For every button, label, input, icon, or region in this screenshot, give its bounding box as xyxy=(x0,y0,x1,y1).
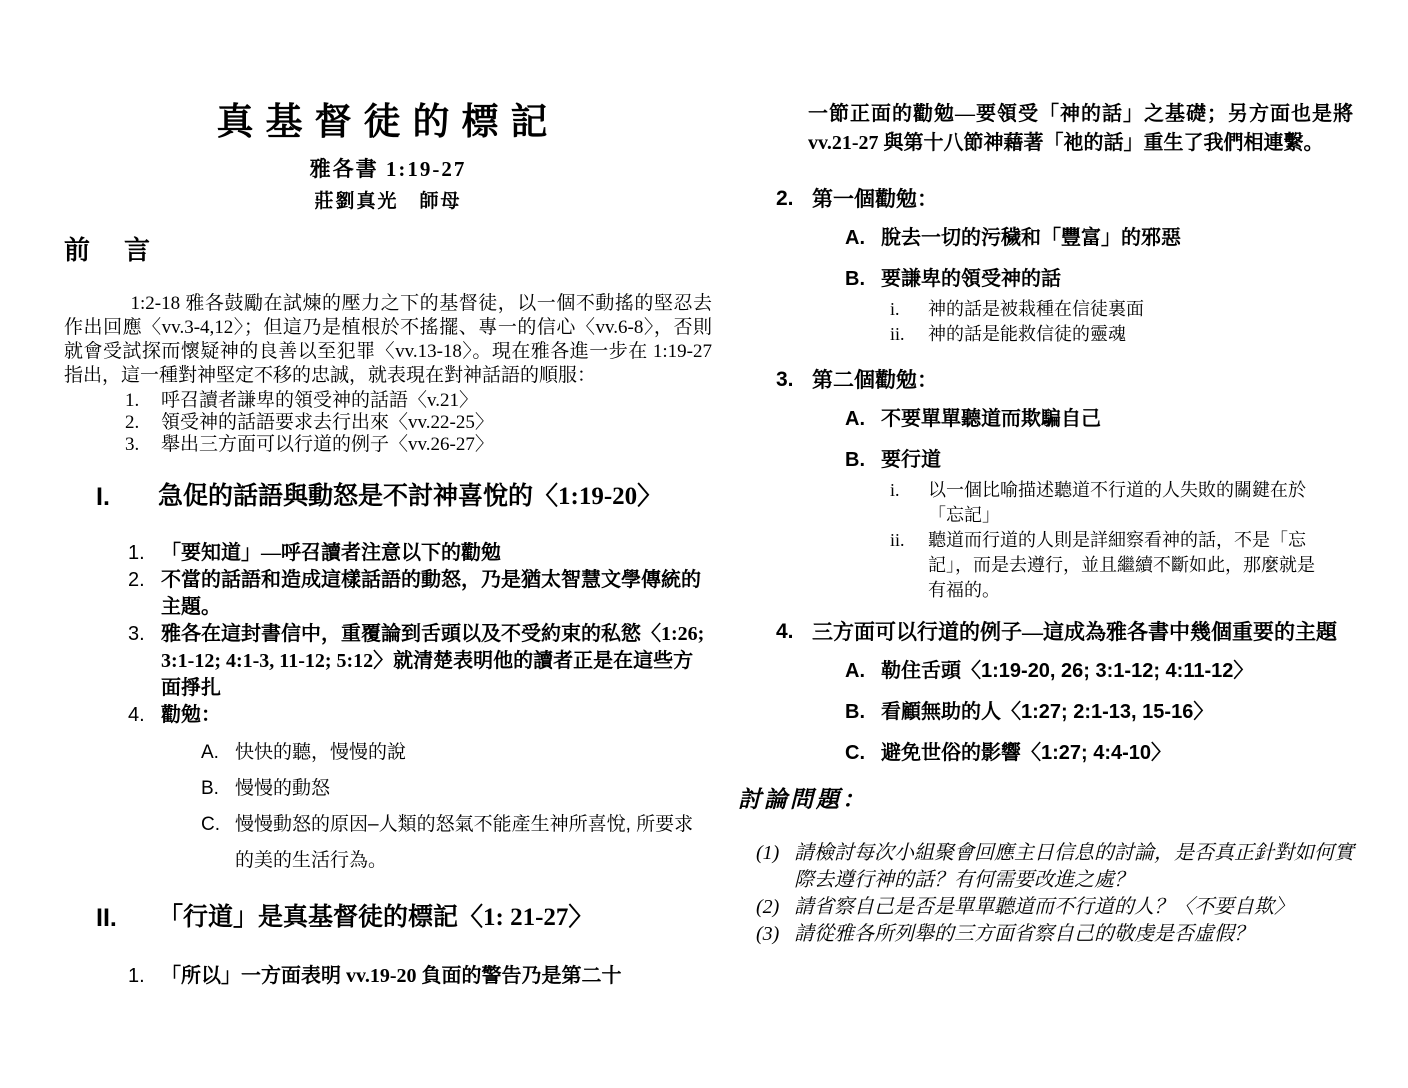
subsubitem-label: ii. xyxy=(890,322,928,347)
right-item-4-sub-a: A. 勒住舌頭〈1:19-20, 26; 3:1-12; 4:11-12〉 xyxy=(738,656,1362,686)
subitem-text: 勒住舌頭〈1:19-20, 26; 3:1-12; 4:11-12〉 xyxy=(881,656,1362,686)
list-number: 1. xyxy=(125,390,161,412)
doc-author: 莊劉真光 師母 xyxy=(64,190,712,214)
item-number: 3. xyxy=(776,365,812,395)
question-text: 請省察自己是否是單單聽道而不行道的人？〈不要自欺〉 xyxy=(794,894,1362,921)
subitem-label: B. xyxy=(845,697,881,727)
subitem-text: 看顧無助的人〈1:27; 2:1-13, 15-16〉 xyxy=(881,697,1362,727)
section-1-item: 1. 「要知道」—呼召讀者注意以下的勸勉 xyxy=(64,540,712,567)
subitem-label: A. xyxy=(201,735,235,771)
right-item-2-heading: 2. 第一個勸勉： xyxy=(738,184,1362,214)
subsubitem-label: ii. xyxy=(890,528,928,603)
list-text: 領受神的話語要求去行出來〈vv.22-25〉 xyxy=(161,412,712,434)
list-text: 呼召讀者謙卑的領受神的話語〈v.21〉 xyxy=(161,390,712,412)
subitem-label: A. xyxy=(845,656,881,686)
section-1-item: 2. 不當的話語和造成這樣話語的動怒，乃是猶太智慧文學傳統的主題。 xyxy=(64,567,712,621)
subitem-label: C. xyxy=(845,738,881,768)
subitem-label: B. xyxy=(201,771,235,807)
subitem-text: 不要單單聽道而欺騙自己 xyxy=(881,404,1362,434)
section-2-heading: II. 「行道」是真基督徒的標記〈1: 21-27〉 xyxy=(64,903,712,933)
item-title: 第二個勸勉： xyxy=(812,365,1362,395)
subitem-text: 快快的聽，慢慢的說 xyxy=(235,735,712,771)
continuation-paragraph: 一節正面的勸勉—要領受「神的話」之基礎；另方面也是將 vv.21-27 與第十八… xyxy=(808,100,1353,158)
subitem-text: 慢慢動怒的原因–人類的怒氣不能產生神所喜悅, 所要求的美的生活行為。 xyxy=(235,807,712,879)
question-text: 請從雅各所列舉的三方面省察自己的敬虔是否虛假？ xyxy=(794,921,1362,948)
item-text: 「要知道」—呼召讀者注意以下的勸勉 xyxy=(161,540,712,567)
section-title: 急促的話語與動怒是不討神喜悅的〈1:19-20〉 xyxy=(158,482,662,512)
preface-list-item: 1. 呼召讀者謙卑的領受神的話語〈v.21〉 xyxy=(64,390,712,412)
subsubitem-label: i. xyxy=(890,297,928,322)
right-item-2-sub-b: B. 要謙卑的領受神的話 xyxy=(738,264,1362,294)
right-item-2-sub-b-ii: ii. 神的話是能救信徒的靈魂 xyxy=(738,322,1362,347)
item-title: 第一個勸勉： xyxy=(812,184,1362,214)
left-column: 真基督徒的標記 雅各書 1:19-27 莊劉真光 師母 前 言 1:2-18 雅… xyxy=(64,100,712,990)
discussion-questions: (1) 請檢討每次小組聚會回應主日信息的討論，是否真正針對如何實際去遵行神的話？… xyxy=(738,840,1362,948)
preface-heading: 前 言 xyxy=(64,236,712,266)
right-item-3-sub-b-i: i. 以一個比喻描述聽道不行道的人失敗的關鍵在於「忘記」 xyxy=(738,478,1362,528)
subitem-label: B. xyxy=(845,264,881,294)
item-number: 1. xyxy=(128,540,161,567)
subitem-text: 慢慢的動怒 xyxy=(235,771,712,807)
item-number: 4. xyxy=(128,702,161,729)
discussion-question: (2) 請省察自己是否是單單聽道而不行道的人？〈不要自欺〉 xyxy=(738,894,1362,921)
section-1-list: 1. 「要知道」—呼召讀者注意以下的勸勉 2. 不當的話語和造成這樣話語的動怒，… xyxy=(64,540,712,879)
right-item-3-heading: 3. 第二個勸勉： xyxy=(738,365,1362,395)
discussion-question: (3) 請從雅各所列舉的三方面省察自己的敬虔是否虛假？ xyxy=(738,921,1362,948)
item-number: 3. xyxy=(128,621,161,702)
subsubitem-text: 神的話是能救信徒的靈魂 xyxy=(928,322,1362,347)
subitem-text: 要謙卑的領受神的話 xyxy=(881,264,1362,294)
doc-subtitle: 雅各書 1:19-27 xyxy=(64,156,712,182)
section-1-subitem: A. 快快的聽，慢慢的說 xyxy=(64,735,712,771)
question-text: 請檢討每次小組聚會回應主日信息的討論，是否真正針對如何實際去遵行神的話？有何需要… xyxy=(794,840,1362,894)
section-1-sublist: A. 快快的聽，慢慢的說 B. 慢慢的動怒 C. 慢慢動怒的原因–人類的怒氣不能… xyxy=(64,735,712,879)
section-1-item: 3. 雅各在這封書信中，重覆論到舌頭以及不受約束的私慾〈1:26; 3:1-12… xyxy=(64,621,712,702)
preface-list-item: 2. 領受神的話語要求去行出來〈vv.22-25〉 xyxy=(64,412,712,434)
section-1-item: 4. 勸勉： xyxy=(64,702,712,729)
item-text: 雅各在這封書信中，重覆論到舌頭以及不受約束的私慾〈1:26; 3:1-12; 4… xyxy=(161,621,712,702)
right-item-4-sub-c: C. 避免世俗的影響〈1:27; 4:4-10〉 xyxy=(738,738,1362,768)
section-2-list: 1. 「所以」一方面表明 vv.19-20 負面的警告乃是第二十 xyxy=(64,963,712,990)
right-item-3-sub-a: A. 不要單單聽道而欺騙自己 xyxy=(738,404,1362,434)
subsubitem-text: 神的話是被栽種在信徒裏面 xyxy=(928,297,1362,322)
subsubitem-text: 聽道而行道的人則是詳細察看神的話，不是「忘記」，而是去遵行，並且繼續不斷如此，那… xyxy=(928,528,1362,603)
preface-list-item: 3. 舉出三方面可以行道的例子〈vv.26-27〉 xyxy=(64,434,712,456)
list-text: 舉出三方面可以行道的例子〈vv.26-27〉 xyxy=(161,434,712,456)
right-item-4-heading: 4. 三方面可以行道的例子—這成為雅各書中幾個重要的主題 xyxy=(738,617,1362,647)
section-2-item: 1. 「所以」一方面表明 vv.19-20 負面的警告乃是第二十 xyxy=(64,963,712,990)
subsubitem-text: 以一個比喻描述聽道不行道的人失敗的關鍵在於「忘記」 xyxy=(928,478,1362,528)
item-text: 不當的話語和造成這樣話語的動怒，乃是猶太智慧文學傳統的主題。 xyxy=(161,567,712,621)
right-item-4-sub-b: B. 看顧無助的人〈1:27; 2:1-13, 15-16〉 xyxy=(738,697,1362,727)
subitem-text: 避免世俗的影響〈1:27; 4:4-10〉 xyxy=(881,738,1362,768)
list-number: 2. xyxy=(125,412,161,434)
preface-list: 1. 呼召讀者謙卑的領受神的話語〈v.21〉 2. 領受神的話語要求去行出來〈v… xyxy=(64,390,712,456)
section-number: II. xyxy=(96,903,158,933)
preface-body: 1:2-18 雅各鼓勵在試煉的壓力之下的基督徒，以一個不動搖的堅忍去作出回應〈v… xyxy=(64,292,712,388)
subitem-text: 脫去一切的污穢和「豐富」的邪惡 xyxy=(881,223,1362,253)
doc-title: 真基督徒的標記 xyxy=(64,100,712,146)
right-item-2-sub-b-i: i. 神的話是被栽種在信徒裏面 xyxy=(738,297,1362,322)
right-column: 一節正面的勸勉—要領受「神的話」之基礎；另方面也是將 vv.21-27 與第十八… xyxy=(738,100,1362,948)
document-page: 真基督徒的標記 雅各書 1:19-27 莊劉真光 師母 前 言 1:2-18 雅… xyxy=(0,0,1408,1088)
item-number: 2. xyxy=(776,184,812,214)
section-1-heading: I. 急促的話語與動怒是不討神喜悅的〈1:19-20〉 xyxy=(64,482,712,512)
question-number: (1) xyxy=(756,840,794,894)
subsubitem-label: i. xyxy=(890,478,928,528)
item-number: 2. xyxy=(128,567,161,621)
discussion-question: (1) 請檢討每次小組聚會回應主日信息的討論，是否真正針對如何實際去遵行神的話？… xyxy=(738,840,1362,894)
section-title: 「行道」是真基督徒的標記〈1: 21-27〉 xyxy=(158,903,593,933)
item-text: 「所以」一方面表明 vv.19-20 負面的警告乃是第二十 xyxy=(161,963,712,990)
item-number: 4. xyxy=(776,617,812,647)
question-number: (2) xyxy=(756,894,794,921)
section-1-subitem: B. 慢慢的動怒 xyxy=(64,771,712,807)
section-1-subitem: C. 慢慢動怒的原因–人類的怒氣不能產生神所喜悅, 所要求的美的生活行為。 xyxy=(64,807,712,879)
right-item-2-sub-a: A. 脫去一切的污穢和「豐富」的邪惡 xyxy=(738,223,1362,253)
item-number: 1. xyxy=(128,963,161,990)
right-item-3-sub-b: B. 要行道 xyxy=(738,445,1362,475)
list-number: 3. xyxy=(125,434,161,456)
subitem-label: C. xyxy=(201,807,235,879)
subitem-label: B. xyxy=(845,445,881,475)
subitem-label: A. xyxy=(845,223,881,253)
section-number: I. xyxy=(96,482,158,512)
right-item-3-sub-b-ii: ii. 聽道而行道的人則是詳細察看神的話，不是「忘記」，而是去遵行，並且繼續不斷… xyxy=(738,528,1362,603)
question-number: (3) xyxy=(756,921,794,948)
subitem-text: 要行道 xyxy=(881,445,1362,475)
item-title: 三方面可以行道的例子—這成為雅各書中幾個重要的主題 xyxy=(812,617,1362,647)
subitem-label: A. xyxy=(845,404,881,434)
item-text: 勸勉： xyxy=(161,702,712,729)
discussion-heading: 討論問題： xyxy=(738,786,1362,814)
